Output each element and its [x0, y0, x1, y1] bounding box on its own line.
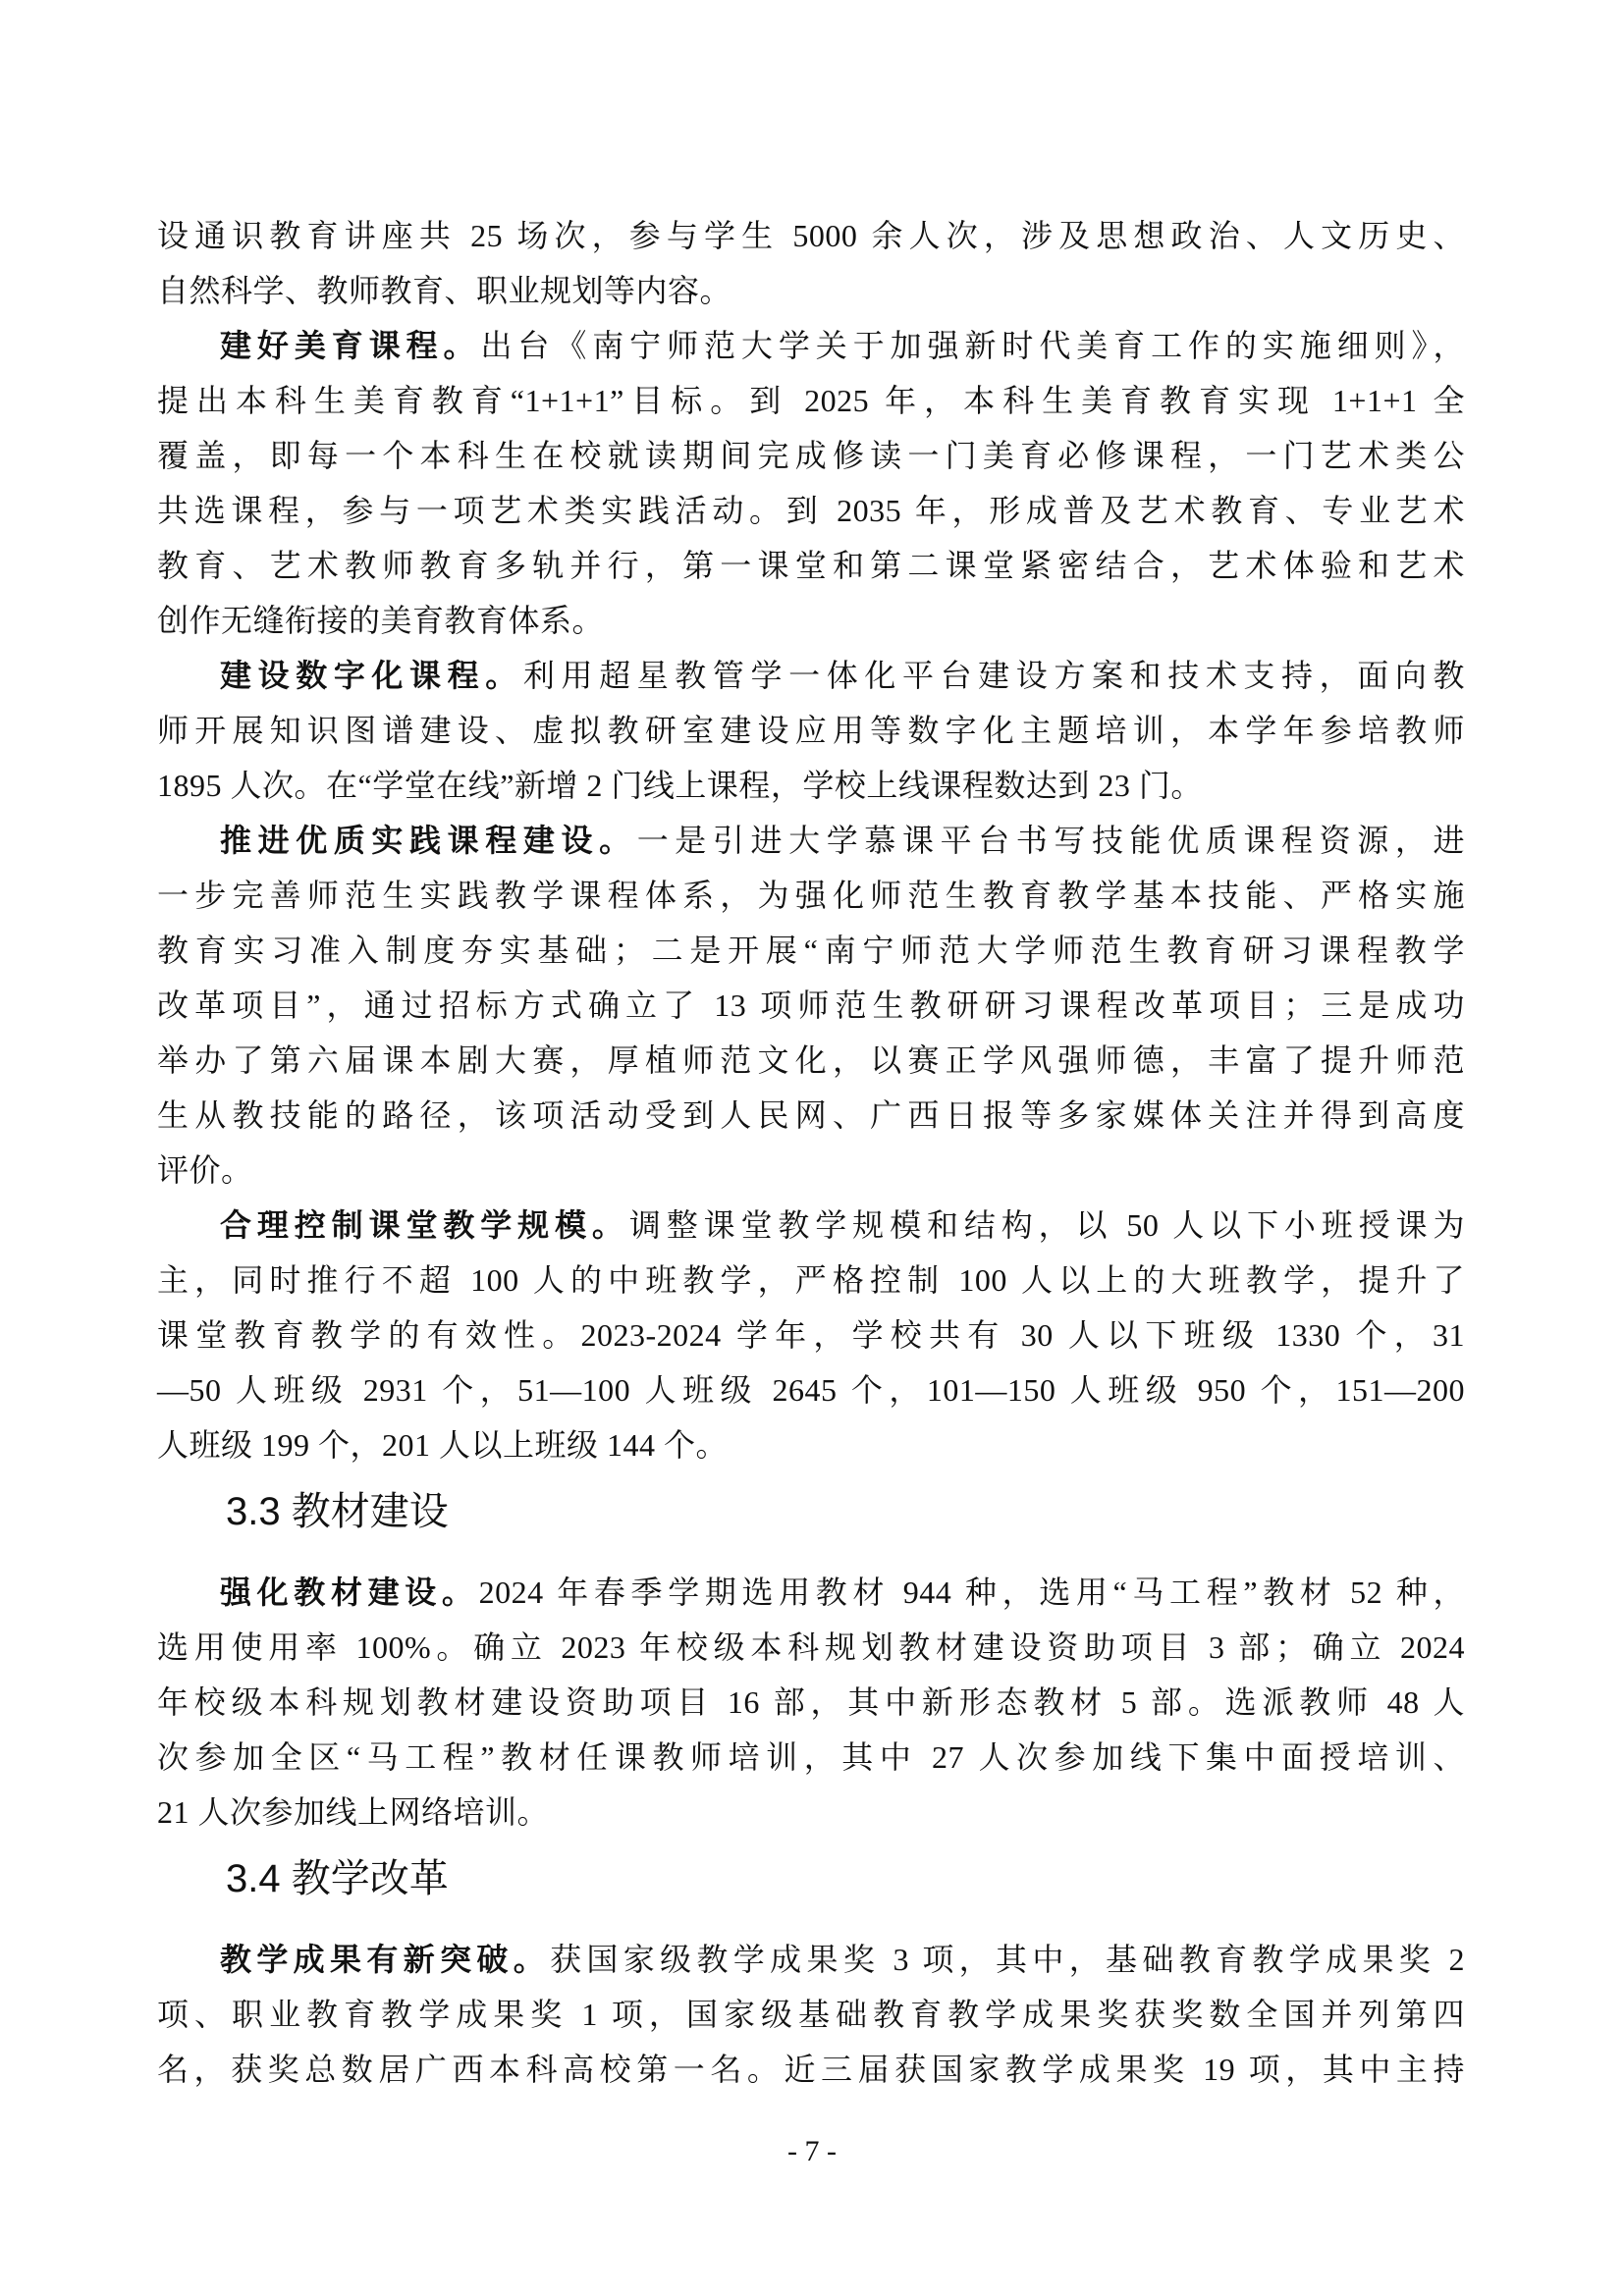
- text-line: 教学成果有新突破。获国家级教学成果奖 3 项，其中，基础教育教学成果奖 2: [157, 1932, 1465, 1987]
- text-line: 创作无缝衔接的美育教育体系。: [157, 593, 1465, 648]
- text-line: 举办了第六届课本剧大赛，厚植师范文化，以赛正学风强师德，丰富了提升师范: [157, 1033, 1465, 1088]
- text-line: 设通识教育讲座共 25 场次，参与学生 5000 余人次，涉及思想政治、人文历史…: [157, 208, 1465, 263]
- paragraph: 合理控制课堂教学规模。调整课堂教学规模和结构，以 50 人以下小班授课为主，同时…: [157, 1198, 1465, 1472]
- document-page: 设通识教育讲座共 25 场次，参与学生 5000 余人次，涉及思想政治、人文历史…: [0, 0, 1624, 2296]
- paragraph-lead: 教学成果有新突破。: [220, 1942, 550, 1977]
- text-line: 项、职业教育教学成果奖 1 项，国家级基础教育教学成果奖获奖数全国并列第四: [157, 1987, 1465, 2042]
- text-line: 建设数字化课程。利用超星教管学一体化平台建设方案和技术支持，面向教: [157, 648, 1465, 703]
- paragraph-lead: 推进优质实践课程建设。: [220, 823, 637, 858]
- paragraph: 教学成果有新突破。获国家级教学成果奖 3 项，其中，基础教育教学成果奖 2项、职…: [157, 1932, 1465, 2097]
- text-line: 选用使用率 100%。确立 2023 年校级本科规划教材建设资助项目 3 部；确…: [157, 1620, 1465, 1675]
- text-line: 21 人次参加线上网络培训。: [157, 1785, 1465, 1840]
- paragraph: 强化教材建设。2024 年春季学期选用教材 944 种，选用“马工程”教材 52…: [157, 1565, 1465, 1840]
- text-line: 生从教技能的路径，该项活动受到人民网、广西日报等多家媒体关注并得到高度: [157, 1088, 1465, 1143]
- text-line: 年校级本科规划教材建设资助项目 16 部，其中新形态教材 5 部。选派教师 48…: [157, 1675, 1465, 1730]
- paragraph-lead: 建设数字化课程。: [220, 658, 523, 693]
- text-line: 评价。: [157, 1143, 1465, 1198]
- text-line: 覆盖，即每一个本科生在校就读期间完成修读一门美育必修课程，一门艺术类公: [157, 428, 1465, 483]
- text-line: 人班级 199 个，201 人以上班级 144 个。: [157, 1417, 1465, 1472]
- text-line: 一步完善师范生实践教学课程体系，为强化师范生教育教学基本技能、严格实施: [157, 868, 1465, 923]
- text-line: 提出本科生美育教育“1+1+1”目标。到 2025 年，本科生美育教育实现 1+…: [157, 373, 1465, 428]
- section-heading: 3.4 教学改革: [226, 1851, 1465, 1906]
- section-heading: 3.3 教材建设: [226, 1484, 1465, 1539]
- paragraph-lead: 强化教材建设。: [220, 1575, 479, 1610]
- text-line: 名，获奖总数居广西本科高校第一名。近三届获国家教学成果奖 19 项，其中主持: [157, 2042, 1465, 2097]
- text-line: 1895 人次。在“学堂在线”新增 2 门线上课程，学校上线课程数达到 23 门…: [157, 758, 1465, 813]
- text-line: 教育实习准入制度夯实基础；二是开展“南宁师范大学师范生教育研习课程教学: [157, 923, 1465, 978]
- text-line: 教育、艺术教师教育多轨并行，第一课堂和第二课堂紧密结合，艺术体验和艺术: [157, 538, 1465, 593]
- paragraph-lead: 建好美育课程。: [220, 328, 480, 363]
- text-line: 推进优质实践课程建设。一是引进大学慕课平台书写技能优质课程资源，进: [157, 813, 1465, 868]
- text-line: —50 人班级 2931 个，51—100 人班级 2645 个，101—150…: [157, 1362, 1465, 1417]
- text-line: 次参加全区“马工程”教材任课教师培训，其中 27 人次参加线下集中面授培训、: [157, 1730, 1465, 1785]
- paragraph: 设通识教育讲座共 25 场次，参与学生 5000 余人次，涉及思想政治、人文历史…: [157, 208, 1465, 318]
- text-line: 合理控制课堂教学规模。调整课堂教学规模和结构，以 50 人以下小班授课为: [157, 1198, 1465, 1253]
- text-line: 课堂教育教学的有效性。2023-2024 学年，学校共有 30 人以下班级 13…: [157, 1308, 1465, 1362]
- text-line: 师开展知识图谱建设、虚拟教研室建设应用等数字化主题培训，本学年参培教师: [157, 703, 1465, 758]
- paragraph: 建好美育课程。出台《南宁师范大学关于加强新时代美育工作的实施细则》，提出本科生美…: [157, 318, 1465, 648]
- text-line: 自然科学、教师教育、职业规划等内容。: [157, 263, 1465, 318]
- text-line: 主，同时推行不超 100 人的中班教学，严格控制 100 人以上的大班教学，提升…: [157, 1253, 1465, 1308]
- page-number: - 7 -: [0, 2132, 1624, 2171]
- page-content: 设通识教育讲座共 25 场次，参与学生 5000 余人次，涉及思想政治、人文历史…: [157, 208, 1465, 2097]
- paragraph: 推进优质实践课程建设。一是引进大学慕课平台书写技能优质课程资源，进一步完善师范生…: [157, 813, 1465, 1198]
- paragraph: 建设数字化课程。利用超星教管学一体化平台建设方案和技术支持，面向教师开展知识图谱…: [157, 648, 1465, 813]
- text-line: 建好美育课程。出台《南宁师范大学关于加强新时代美育工作的实施细则》，: [157, 318, 1465, 373]
- text-line: 改革项目”，通过招标方式确立了 13 项师范生教研研习课程改革项目；三是成功: [157, 978, 1465, 1033]
- paragraph-lead: 合理控制课堂教学规模。: [220, 1207, 629, 1243]
- text-line: 共选课程，参与一项艺术类实践活动。到 2035 年，形成普及艺术教育、专业艺术: [157, 483, 1465, 538]
- text-line: 强化教材建设。2024 年春季学期选用教材 944 种，选用“马工程”教材 52…: [157, 1565, 1465, 1620]
